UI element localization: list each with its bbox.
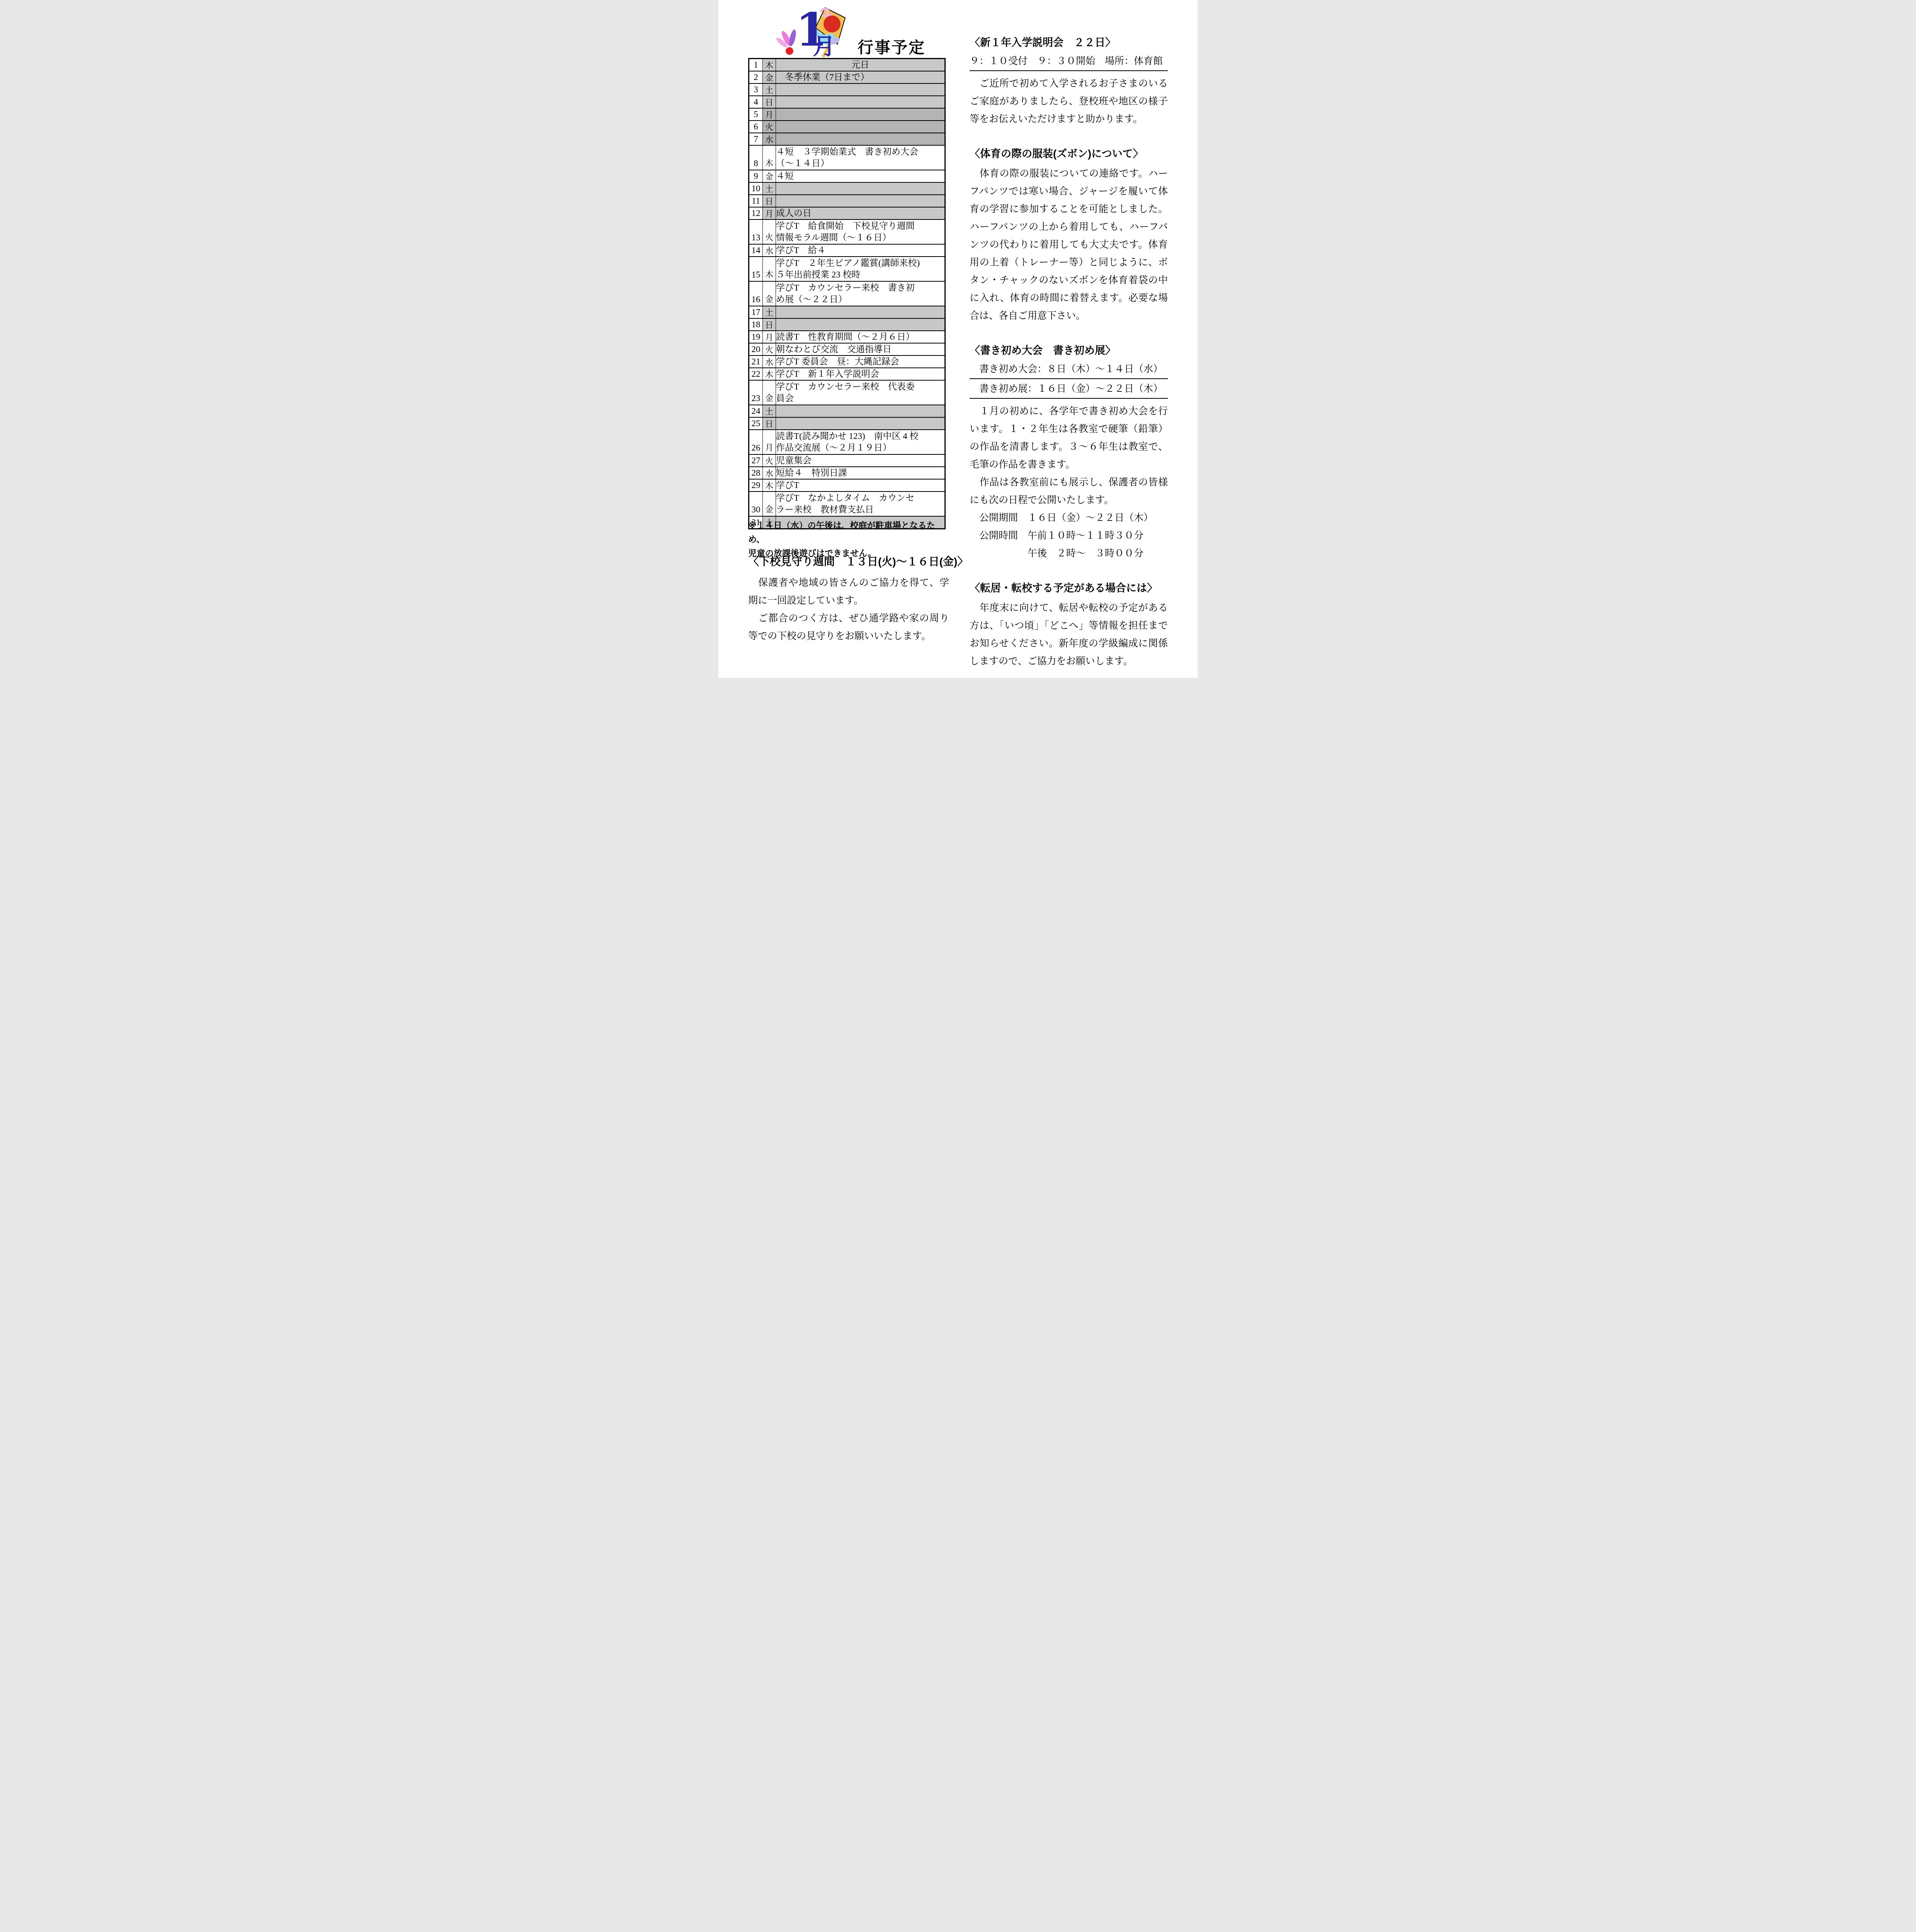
calendar-row: 17土 bbox=[749, 306, 945, 318]
calendar-row: 21水学びT 委員会 昼：大縄記録会 bbox=[749, 355, 945, 368]
paragraph: １月の初めに、各学年で書き初め大会を行います。１・２年生は各教室で硬筆（鉛筆）の… bbox=[970, 403, 1168, 474]
event-cell bbox=[776, 182, 945, 195]
paragraph: 作品は各教室前にも展示し、保護者の皆様にも次の日程で公開いたします。 bbox=[970, 474, 1168, 509]
day-cell: 火 bbox=[763, 343, 776, 355]
calendar-row: 13火学びT 給食開始 下校見守り週間 情報モラル週間（～１６日） bbox=[749, 219, 945, 244]
day-cell: 月 bbox=[763, 331, 776, 343]
date-cell: 15 bbox=[749, 257, 763, 281]
event-cell: 学びT bbox=[776, 479, 945, 492]
section-heading: 〈転居・転校する予定がある場合には〉 bbox=[970, 580, 1168, 595]
paragraph: 体育の際の服装についての連絡です。ハーフパンツでは寒い場合、ジャージを履いて体育… bbox=[970, 165, 1168, 325]
event-cell: 短給４ 特別日課 bbox=[776, 467, 945, 479]
calendar-row: 24土 bbox=[749, 405, 945, 417]
calendar-row: 19月読書T 性教育期間（～２月６日） bbox=[749, 331, 945, 343]
underlined-line: ９：１０受付 ９：３０開始 場所：体育館 bbox=[970, 54, 1168, 71]
date-cell: 6 bbox=[749, 121, 763, 133]
calendar-row: 5月 bbox=[749, 108, 945, 121]
event-cell bbox=[776, 306, 945, 318]
info-section: 〈体育の際の服装(ズボン)について〉 体育の際の服装についての連絡です。ハーフパ… bbox=[970, 145, 1168, 325]
day-cell: 金 bbox=[763, 380, 776, 405]
january-kite-illustration: 1 月 bbox=[776, 5, 855, 58]
page-title-label: 行事予定 bbox=[858, 35, 926, 58]
date-cell: 1 bbox=[749, 59, 763, 71]
day-cell: 木 bbox=[763, 368, 776, 380]
date-cell: 20 bbox=[749, 343, 763, 355]
event-cell: 学びT 委員会 昼：大縄記録会 bbox=[776, 355, 945, 368]
calendar-row: 4日 bbox=[749, 96, 945, 108]
event-cell bbox=[776, 108, 945, 121]
section-heading: 〈体育の際の服装(ズボン)について〉 bbox=[970, 145, 1168, 160]
calendar-row: 26月読書T(読み聞かせ 123) 南中区 4 校 作品交流展（～２月１９日） bbox=[749, 430, 945, 454]
date-cell: 16 bbox=[749, 281, 763, 306]
day-cell: 月 bbox=[763, 207, 776, 219]
event-cell: 学びT カウンセラー来校 代表委 員会 bbox=[776, 380, 945, 405]
day-cell: 火 bbox=[763, 219, 776, 244]
event-cell: 学びT カウンセラー来校 書き初 め展（～２２日） bbox=[776, 281, 945, 306]
date-cell: 2 bbox=[749, 71, 763, 83]
paragraph: 保護者や地域の皆さんのご協力を得て、学期に一回設定しています。 bbox=[748, 574, 949, 610]
calendar-row: 6火 bbox=[749, 121, 945, 133]
mimamori-heading: 〈下校見守り週間 １３日(火)～１６日(金)〉 bbox=[748, 553, 949, 569]
calendar-row: 29木学びT bbox=[749, 479, 945, 492]
calendar-row: 20火朝なわとび交流 交通指導日 bbox=[749, 343, 945, 355]
date-cell: 11 bbox=[749, 195, 763, 207]
day-cell: 日 bbox=[763, 318, 776, 331]
newsletter-page: 1 月 行事予定 1木元日2金 冬季休業（7日まで）3土4日5月6火7水8木４短… bbox=[718, 0, 1198, 678]
date-cell: 5 bbox=[749, 108, 763, 121]
day-cell: 日 bbox=[763, 417, 776, 430]
paragraph: ご近所で初めて入学されるお子さまのいるご家庭がありましたら、登校班や地区の様子等… bbox=[970, 75, 1168, 128]
day-cell: 水 bbox=[763, 467, 776, 479]
date-cell: 12 bbox=[749, 207, 763, 219]
underlined-line: 書き初め展：１６日（金）～２２日（木） bbox=[970, 381, 1168, 399]
calendar-row: 30金学びT なかよしタイム カウンセ ラー来校 教材費支払日 bbox=[749, 492, 945, 516]
date-cell: 17 bbox=[749, 306, 763, 318]
calendar-row: 27火児童集会 bbox=[749, 454, 945, 467]
event-cell: 読書T(読み聞かせ 123) 南中区 4 校 作品交流展（～２月１９日） bbox=[776, 430, 945, 454]
day-cell: 金 bbox=[763, 492, 776, 516]
info-section: 〈書き初め大会 書き初め展〉 書き初め大会：８日（木）～１４日（水） 書き初め展… bbox=[970, 342, 1168, 563]
calendar-row: 11日 bbox=[749, 195, 945, 207]
calendar-body: 1木元日2金 冬季休業（7日まで）3土4日5月6火7水8木４短 ３学期始業式 書… bbox=[749, 59, 945, 529]
day-cell: 月 bbox=[763, 108, 776, 121]
date-cell: 28 bbox=[749, 467, 763, 479]
day-cell: 木 bbox=[763, 257, 776, 281]
date-cell: 8 bbox=[749, 145, 763, 170]
calendar-row: 28水短給４ 特別日課 bbox=[749, 467, 945, 479]
paragraph: 公開期間 １６日（金）～２２日（木） 公開時間 午前１０時～１１時３０分 午後 … bbox=[970, 509, 1168, 563]
mimamori-body: 保護者や地域の皆さんのご協力を得て、学期に一回設定しています。 ご都合のつく方は… bbox=[748, 574, 949, 645]
event-cell: 児童集会 bbox=[776, 454, 945, 467]
event-cell: 学びT 新１年入学説明会 bbox=[776, 368, 945, 380]
day-cell: 土 bbox=[763, 182, 776, 195]
calendar-row: 23金学びT カウンセラー来校 代表委 員会 bbox=[749, 380, 945, 405]
date-cell: 21 bbox=[749, 355, 763, 368]
day-cell: 土 bbox=[763, 306, 776, 318]
day-cell: 木 bbox=[763, 479, 776, 492]
event-cell: 読書T 性教育期間（～２月６日） bbox=[776, 331, 945, 343]
event-cell: 学びT ２年生ピアノ鑑賞(講師来校) ５年出前授業 23 校時 bbox=[776, 257, 945, 281]
day-cell: 金 bbox=[763, 170, 776, 182]
right-column: 〈新１年入学説明会 ２２日〉９：１０受付 ９：３０開始 場所：体育館 ご近所で初… bbox=[970, 34, 1168, 678]
date-cell: 7 bbox=[749, 133, 763, 145]
event-cell: 学びT なかよしタイム カウンセ ラー来校 教材費支払日 bbox=[776, 492, 945, 516]
event-cell: 成人の日 bbox=[776, 207, 945, 219]
date-cell: 13 bbox=[749, 219, 763, 244]
date-cell: 9 bbox=[749, 170, 763, 182]
paragraph: 年度末に向けて、転居や転校の予定がある方は、「いつ頃」「どこへ」等情報を担任まで… bbox=[970, 599, 1168, 670]
paragraph: ご都合のつく方は、ぜひ通学路や家の周り等での下校の見守りをお願いいたします。 bbox=[748, 610, 949, 645]
event-cell bbox=[776, 417, 945, 430]
day-cell: 月 bbox=[763, 430, 776, 454]
calendar-row: 1木元日 bbox=[749, 59, 945, 71]
calendar-row: 3土 bbox=[749, 83, 945, 96]
day-cell: 水 bbox=[763, 133, 776, 145]
calendar-row: 18日 bbox=[749, 318, 945, 331]
calendar-row: 15木学びT ２年生ピアノ鑑賞(講師来校) ５年出前授業 23 校時 bbox=[749, 257, 945, 281]
section-heading: 〈書き初め大会 書き初め展〉 bbox=[970, 342, 1168, 357]
january-schedule-table: 1木元日2金 冬季休業（7日まで）3土4日5月6火7水8木４短 ３学期始業式 書… bbox=[748, 58, 946, 529]
calendar-row: 22木学びT 新１年入学説明会 bbox=[749, 368, 945, 380]
event-cell bbox=[776, 195, 945, 207]
day-cell: 水 bbox=[763, 244, 776, 257]
date-cell: 10 bbox=[749, 182, 763, 195]
event-cell bbox=[776, 133, 945, 145]
mimamori-section: 〈下校見守り週間 １３日(火)～１６日(金)〉 保護者や地域の皆さんのご協力を得… bbox=[748, 553, 949, 645]
event-cell: 学びT 給４ bbox=[776, 244, 945, 257]
calendar-row: 25日 bbox=[749, 417, 945, 430]
day-cell: 金 bbox=[763, 71, 776, 83]
date-cell: 18 bbox=[749, 318, 763, 331]
section-heading: 〈新１年入学説明会 ２２日〉 bbox=[970, 34, 1168, 49]
underlined-lines: ９：１０受付 ９：３０開始 場所：体育館 bbox=[970, 54, 1168, 71]
calendar-row: 14水学びT 給４ bbox=[749, 244, 945, 257]
info-section: 〈新１年入学説明会 ２２日〉９：１０受付 ９：３０開始 場所：体育館 ご近所で初… bbox=[970, 34, 1168, 128]
event-cell: 学びT 給食開始 下校見守り週間 情報モラル週間（～１６日） bbox=[776, 219, 945, 244]
underlined-line: 書き初め大会：８日（木）～１４日（水） bbox=[970, 362, 1168, 379]
day-cell: 土 bbox=[763, 405, 776, 417]
event-cell bbox=[776, 121, 945, 133]
date-cell: 19 bbox=[749, 331, 763, 343]
day-cell: 木 bbox=[763, 59, 776, 71]
date-cell: 30 bbox=[749, 492, 763, 516]
date-cell: 22 bbox=[749, 368, 763, 380]
event-cell: 元日 bbox=[776, 59, 945, 71]
date-cell: 24 bbox=[749, 405, 763, 417]
event-cell bbox=[776, 83, 945, 96]
event-cell: 冬季休業（7日まで） bbox=[776, 71, 945, 83]
event-cell: 朝なわとび交流 交通指導日 bbox=[776, 343, 945, 355]
day-cell: 土 bbox=[763, 83, 776, 96]
day-cell: 日 bbox=[763, 195, 776, 207]
date-cell: 26 bbox=[749, 430, 763, 454]
date-cell: 23 bbox=[749, 380, 763, 405]
date-cell: 27 bbox=[749, 454, 763, 467]
calendar-row: 10土 bbox=[749, 182, 945, 195]
month-kanji: 月 bbox=[813, 33, 835, 58]
event-cell bbox=[776, 318, 945, 331]
event-cell: ４短 bbox=[776, 170, 945, 182]
calendar-row: 16金学びT カウンセラー来校 書き初 め展（～２２日） bbox=[749, 281, 945, 306]
calendar-row: 9金４短 bbox=[749, 170, 945, 182]
day-cell: 火 bbox=[763, 121, 776, 133]
day-cell: 水 bbox=[763, 355, 776, 368]
calendar-row: 2金 冬季休業（7日まで） bbox=[749, 71, 945, 83]
day-cell: 木 bbox=[763, 145, 776, 170]
day-cell: 火 bbox=[763, 454, 776, 467]
shuttlecock-ball bbox=[786, 47, 793, 55]
underlined-lines: 書き初め大会：８日（木）～１４日（水） 書き初め展：１６日（金）～２２日（木） bbox=[970, 362, 1168, 399]
day-cell: 日 bbox=[763, 96, 776, 108]
date-cell: 29 bbox=[749, 479, 763, 492]
day-cell: 金 bbox=[763, 281, 776, 306]
info-section: 〈転居・転校する予定がある場合には〉 年度末に向けて、転居や転校の予定がある方は… bbox=[970, 580, 1168, 670]
event-cell bbox=[776, 96, 945, 108]
date-cell: 3 bbox=[749, 83, 763, 96]
calendar-row: 8木４短 ３学期始業式 書き初め大会 （～１４日） bbox=[749, 145, 945, 170]
date-cell: 4 bbox=[749, 96, 763, 108]
calendar-row: 12月成人の日 bbox=[749, 207, 945, 219]
date-cell: 14 bbox=[749, 244, 763, 257]
date-cell: 25 bbox=[749, 417, 763, 430]
event-cell: ４短 ３学期始業式 書き初め大会 （～１４日） bbox=[776, 145, 945, 170]
page-title: 1 月 行事予定 bbox=[776, 5, 942, 58]
event-cell bbox=[776, 405, 945, 417]
calendar-row: 7水 bbox=[749, 133, 945, 145]
